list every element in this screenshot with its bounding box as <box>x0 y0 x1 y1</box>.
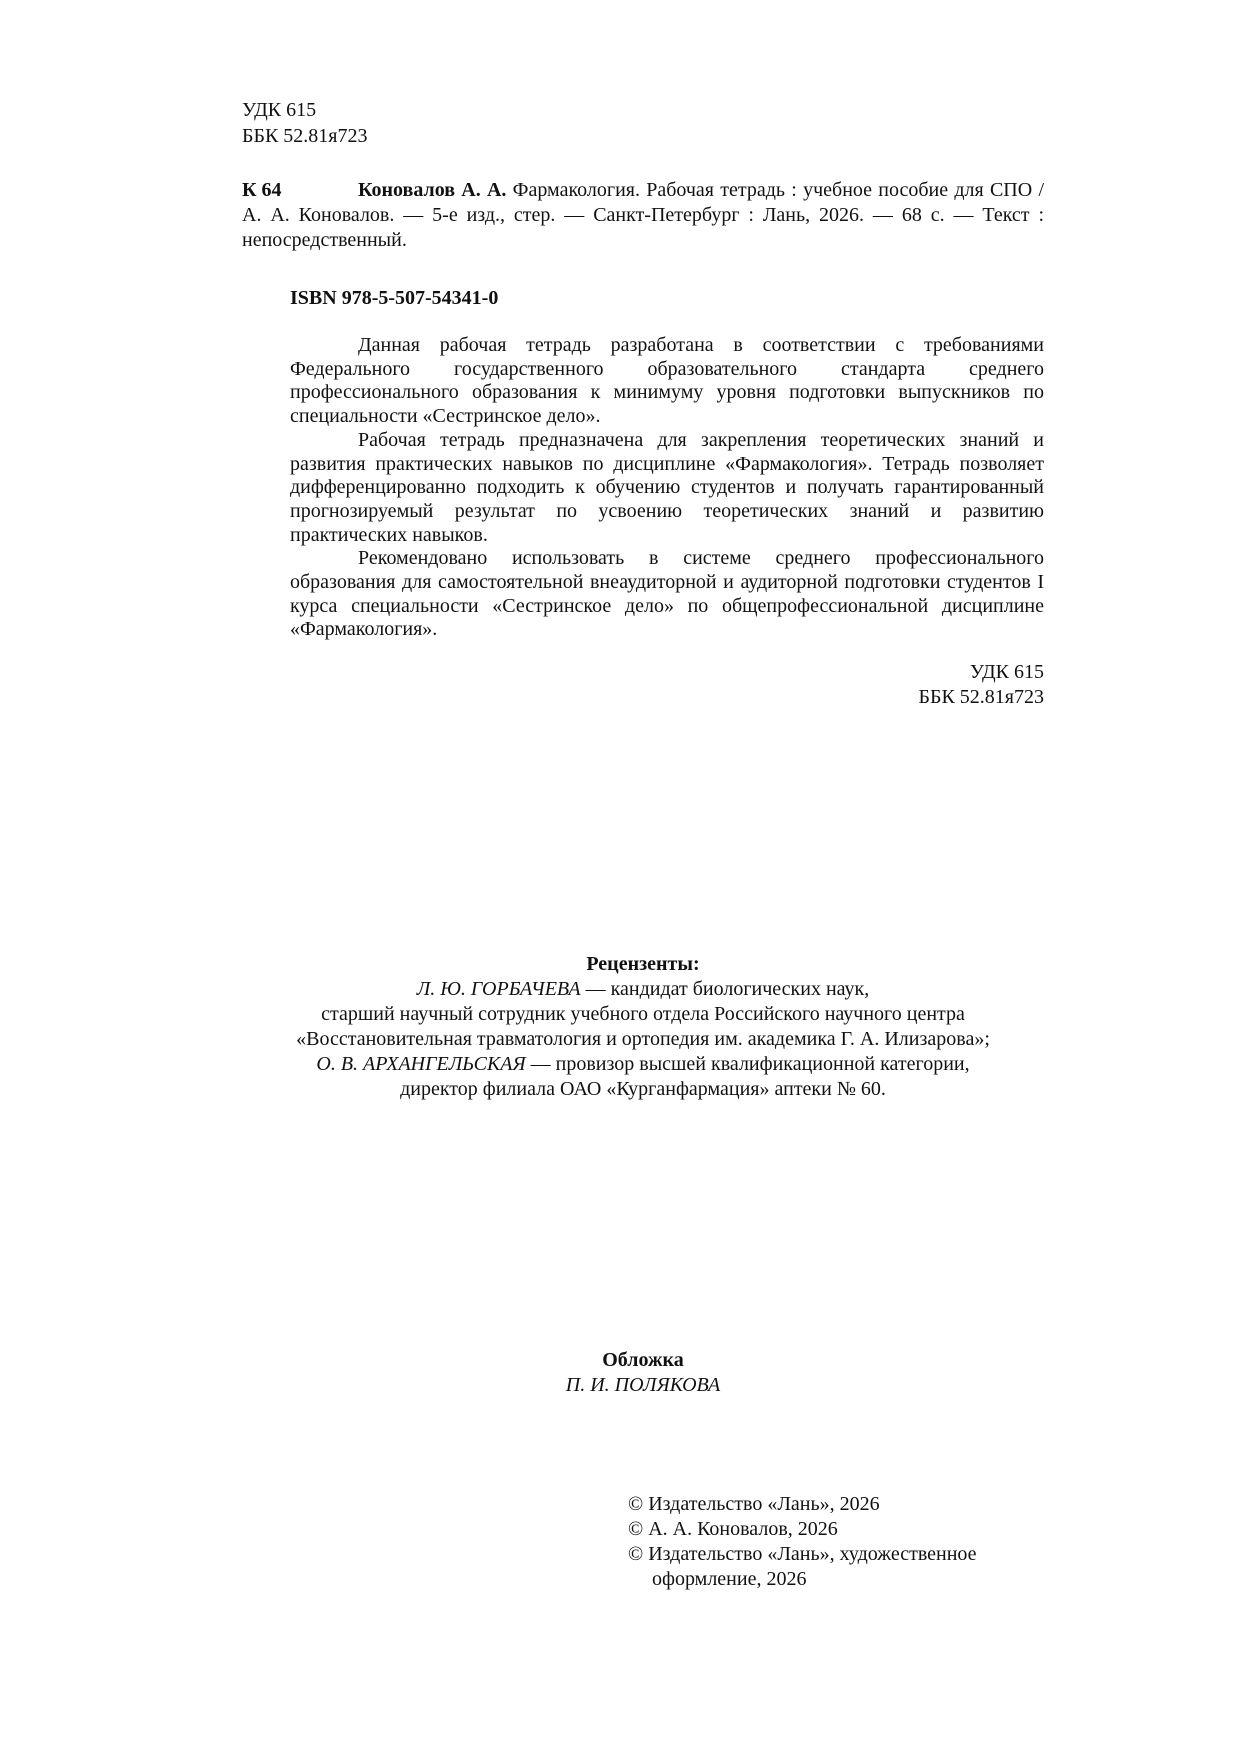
udk-bbk-header: УДК 615 ББК 52.81я723 <box>242 97 368 149</box>
reviewer-1-position: старший научный сотрудник учебного отдел… <box>242 1002 1044 1027</box>
reviewer-1: Л. Ю. ГОРБАЧЕВА — кандидат биологических… <box>242 977 1044 1002</box>
abstract-paragraph: Рабочая тетрадь предназначена для закреп… <box>290 429 1044 548</box>
abstract: Данная рабочая тетрадь разработана в соо… <box>290 334 1044 642</box>
cover-credit: Обложка П. И. ПОЛЯКОВА <box>242 1348 1044 1398</box>
udk-bbk-footer: УДК 615 ББК 52.81я723 <box>918 660 1044 710</box>
reviewers-section: Рецензенты: Л. Ю. ГОРБАЧЕВА — кандидат б… <box>242 952 1044 1102</box>
reviewer-name: О. В. АРХАНГЕЛЬСКАЯ <box>316 1053 525 1075</box>
bibliographic-description: Коновалов А. А. Фармакология. Рабочая те… <box>242 178 1044 253</box>
bbk-code: ББК 52.81я723 <box>918 685 1044 710</box>
reviewer-2-position: директор филиала ОАО «Курганфармация» ап… <box>242 1077 1044 1102</box>
author-name: Коновалов А. А. <box>358 179 506 201</box>
reviewer-1-organization: «Восстановительная травматология и ортоп… <box>242 1027 1044 1052</box>
reviewer-2: О. В. АРХАНГЕЛЬСКАЯ — провизор высшей кв… <box>242 1052 1044 1077</box>
udk-code: УДК 615 <box>918 660 1044 685</box>
reviewer-title: — провизор высшей квалификационной катег… <box>526 1053 970 1075</box>
author-mark: К 64 <box>242 178 282 202</box>
cover-heading: Обложка <box>242 1348 1044 1373</box>
isbn: ISBN 978-5-507-54341-0 <box>290 286 498 310</box>
reviewers-heading: Рецензенты: <box>242 952 1044 977</box>
catalog-entry: К 64 Коновалов А. А. Фармакология. Рабоч… <box>242 178 1044 253</box>
copyright-line: © Издательство «Лань», 2026 <box>628 1492 1012 1517</box>
reviewer-title: — кандидат биологических наук, <box>581 978 870 1000</box>
copyright-line: © Издательство «Лань», художественное оф… <box>628 1542 1012 1592</box>
copyright-block: © Издательство «Лань», 2026 © А. А. Коно… <box>628 1492 1012 1592</box>
bbk-code: ББК 52.81я723 <box>242 123 368 149</box>
abstract-paragraph: Рекомендовано использовать в системе сре… <box>290 547 1044 642</box>
abstract-paragraph: Данная рабочая тетрадь разработана в соо… <box>290 334 1044 429</box>
cover-designer: П. И. ПОЛЯКОВА <box>242 1373 1044 1398</box>
udk-code: УДК 615 <box>242 97 368 123</box>
reviewer-name: Л. Ю. ГОРБАЧЕВА <box>417 978 581 1000</box>
copyright-line: © А. А. Коновалов, 2026 <box>628 1517 1012 1542</box>
